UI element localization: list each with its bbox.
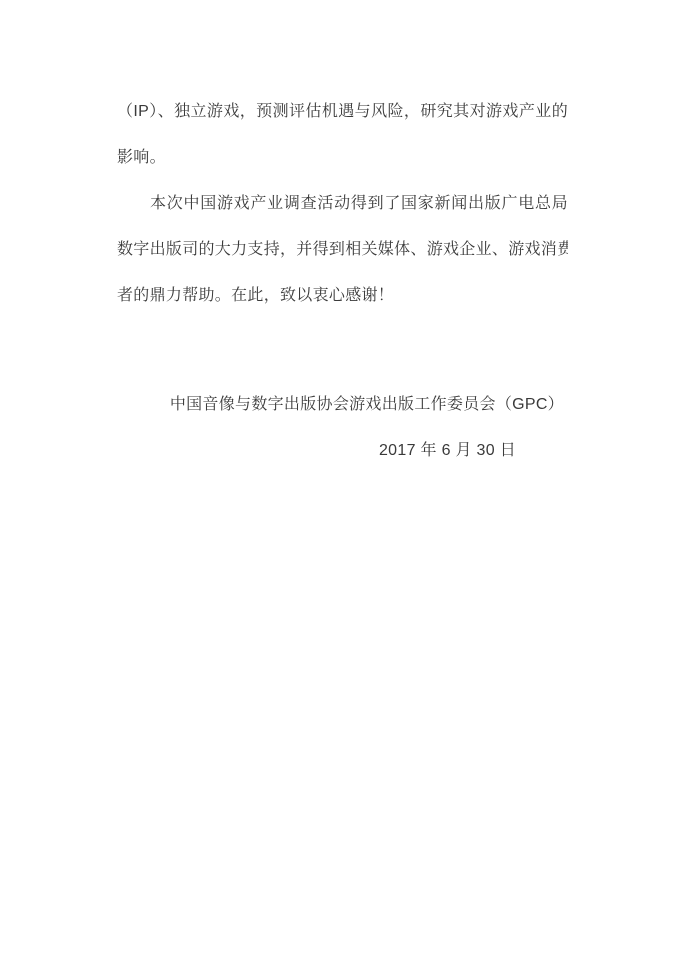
- document-page: （IP）、独立游戏，预测评估机遇与风险，研究其对游戏产业的 影响。 本次中国游戏…: [0, 0, 688, 971]
- body-line-paragraph2-middle: 数字出版司的大力支持，并得到相关媒体、游戏企业、游戏消费: [117, 227, 568, 273]
- date-line: 2017 年 6 月 30 日: [117, 428, 568, 474]
- text-block: （IP）、独立游戏，预测评估机遇与风险，研究其对游戏产业的 影响。 本次中国游戏…: [0, 0, 688, 474]
- body-line-paragraph-end: 影响。: [117, 135, 568, 181]
- body-line-paragraph2-end: 者的鼎力帮助。在此，致以衷心感谢！: [117, 273, 568, 319]
- body-line-paragraph2-start: 本次中国游戏产业调查活动得到了国家新闻出版广电总局: [117, 181, 568, 227]
- signature-line: 中国音像与数字出版协会游戏出版工作委员会（GPC）: [117, 382, 568, 428]
- body-line-continuation: （IP）、独立游戏，预测评估机遇与风险，研究其对游戏产业的: [117, 89, 568, 135]
